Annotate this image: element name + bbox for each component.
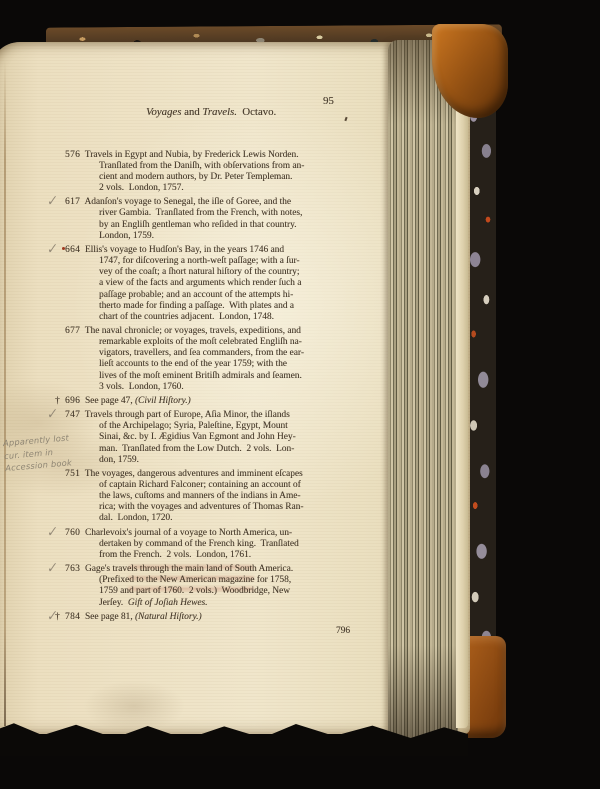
entry-text: Charlevoix's journal of a voyage to Nort… — [85, 528, 299, 560]
page-edge-sliver — [456, 60, 468, 728]
entry-text: See page 81, (Natural Hiſtory.) — [85, 612, 202, 622]
catalog-entry: ✓617 Adanſon's voyage to Senegal, the iſ… — [65, 197, 341, 242]
header-title: Voyages and Travels. Octavo. — [146, 106, 276, 118]
pencil-checkmark: ✓ — [47, 523, 59, 540]
text-block: Voyages and Travels. Octavo. 95 576 Trav… — [65, 96, 341, 637]
photo-background: Voyages and Travels. Octavo. 95 576 Trav… — [0, 0, 600, 789]
entry-number: 763 — [65, 564, 80, 574]
pencil-checkmark: ✓ — [47, 406, 59, 423]
entry-text: Gage's travels through the main land of … — [85, 564, 293, 607]
pencil-checkmark: ✓ — [47, 193, 59, 210]
entry-text: The voyages, dangerous adventures and im… — [85, 469, 304, 524]
entry-text: Travels in Egypt and Nubia, by Frederick… — [85, 150, 305, 193]
catalog-entry: 677 The naval chronicle; or voyages, tra… — [65, 326, 341, 393]
catalog-entry: †696 See page 47, (Civil Hiſtory.) — [65, 396, 341, 407]
left-crease — [4, 60, 6, 726]
entry-number: 747 — [65, 410, 80, 420]
catalog-entry: ✓747 Travels through part of Europe, Aſi… — [65, 410, 341, 466]
catchword-number: 796 — [65, 626, 350, 637]
entry-text: The naval chronicle; or voyages, travels… — [85, 326, 304, 392]
catalog-entry: ✓760 Charlevoix's journal of a voyage to… — [65, 528, 341, 561]
catalog-entry: †✓784 See page 81, (Natural Hiſtory.) — [65, 612, 341, 623]
fore-edge — [388, 40, 458, 744]
handwritten-note: Apparently lost cur. item in Accession b… — [3, 431, 78, 475]
entry-text: Adanſon's voyage to Senegal, the iſle of… — [84, 197, 302, 240]
entry-text: Ellis's voyage to Hudſon's Bay, in the y… — [85, 245, 301, 322]
red-speck — [62, 247, 65, 250]
entry-number: 696 — [65, 396, 80, 406]
pencil-checkmark: ✓ — [47, 608, 59, 625]
pencil-checkmark: ✓ — [47, 241, 59, 258]
entry-number: 664 — [65, 245, 80, 255]
entry-number: 784 — [65, 612, 80, 622]
entry-number: 677 — [65, 326, 80, 336]
catalog-entry: 751 The voyages, dangerous adventures an… — [65, 469, 341, 525]
catalog-entry: ✓763 Gage's travels through the main lan… — [65, 564, 341, 609]
entries: 576 Travels in Egypt and Nubia, by Frede… — [65, 150, 341, 623]
running-header: Voyages and Travels. Octavo. 95 — [65, 96, 341, 141]
pencil-checkmark: ✓ — [47, 560, 59, 577]
catalog-entry: 576 Travels in Egypt and Nubia, by Frede… — [65, 150, 341, 195]
entry-text: See page 47, (Civil Hiſtory.) — [85, 396, 191, 406]
entry-number: 751 — [65, 469, 80, 479]
entry-number: 576 — [65, 150, 80, 160]
entry-number: 760 — [65, 528, 80, 538]
catalog-entry: ✓664 Ellis's voyage to Hudſon's Bay, in … — [65, 245, 341, 323]
entry-text: Travels through part of Europe, Aſia Min… — [85, 410, 296, 465]
header-page-number: 95 — [323, 96, 334, 107]
entry-number: 617 — [65, 197, 80, 207]
